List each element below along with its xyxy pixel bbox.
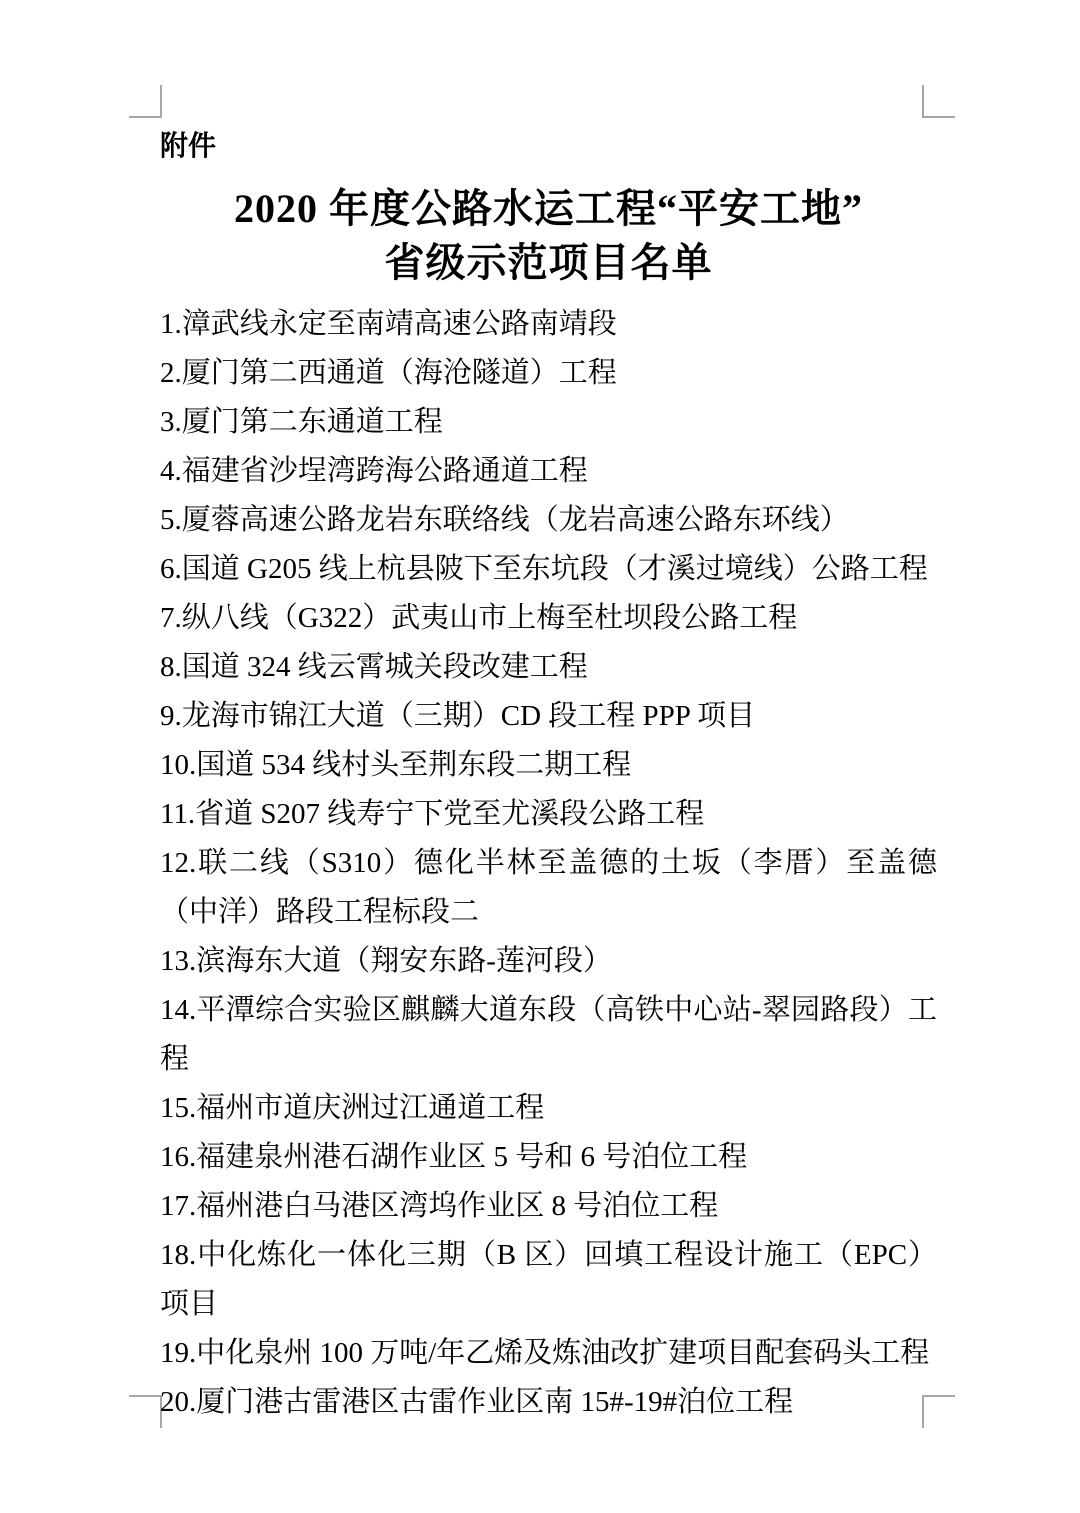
document-title-line-2: 省级示范项目名单 [160,236,937,290]
list-item: 9.龙海市锦江大道（三期）CD 段工程 PPP 项目 [160,692,937,741]
list-item: 17.福州港白马港区湾坞作业区 8 号泊位工程 [160,1182,937,1231]
list-item: 13.滨海东大道（翔安东路-莲河段） [160,937,937,986]
list-item: 16.福建泉州港石湖作业区 5 号和 6 号泊位工程 [160,1133,937,1182]
list-item: 10.国道 534 线村头至荆东段二期工程 [160,741,937,790]
project-list: 1.漳武线永定至南靖高速公路南靖段 2.厦门第二西通道（海沧隧道）工程 3.厦门… [160,300,937,1427]
list-item: 8.国道 324 线云霄城关段改建工程 [160,643,937,692]
list-item: 11.省道 S207 线寿宁下党至尤溪段公路工程 [160,790,937,839]
list-item: 1.漳武线永定至南靖高速公路南靖段 [160,300,937,349]
list-item: 7.纵八线（G322）武夷山市上梅至杜坝段公路工程 [160,594,937,643]
list-item: 4.福建省沙埕湾跨海公路通道工程 [160,447,937,496]
list-item: 3.厦门第二东通道工程 [160,398,937,447]
document-title: 2020 年度公路水运工程“平安工地” 省级示范项目名单 [160,182,937,290]
list-item: 15.福州市道庆洲过江通道工程 [160,1084,937,1133]
list-item: 12.联二线（S310）德化半林至盖德的土坂（李厝）至盖德（中洋）路段工程标段二 [160,839,937,937]
list-item: 19.中化泉州 100 万吨/年乙烯及炼油改扩建项目配套码头工程 [160,1329,937,1378]
document-content: 附件 2020 年度公路水运工程“平安工地” 省级示范项目名单 1.漳武线永定至… [160,0,937,1427]
crop-mark-top-left [129,85,162,118]
document-title-line-1: 2020 年度公路水运工程“平安工地” [160,182,937,236]
list-item: 5.厦蓉高速公路龙岩东联络线（龙岩高速公路东环线） [160,496,937,545]
attachment-label: 附件 [160,130,937,162]
crop-mark-bottom-left [129,1395,162,1428]
list-item: 18.中化炼化一体化三期（B 区）回填工程设计施工（EPC）项目 [160,1231,937,1329]
list-item: 2.厦门第二西通道（海沧隧道）工程 [160,349,937,398]
document-page: 附件 2020 年度公路水运工程“平安工地” 省级示范项目名单 1.漳武线永定至… [0,0,1080,1513]
list-item: 14.平潭综合实验区麒麟大道东段（高铁中心站-翠园路段）工程 [160,986,937,1084]
list-item: 6.国道 G205 线上杭县陂下至东坑段（才溪过境线）公路工程 [160,545,937,594]
list-item: 20.厦门港古雷港区古雷作业区南 15#-19#泊位工程 [160,1378,937,1427]
